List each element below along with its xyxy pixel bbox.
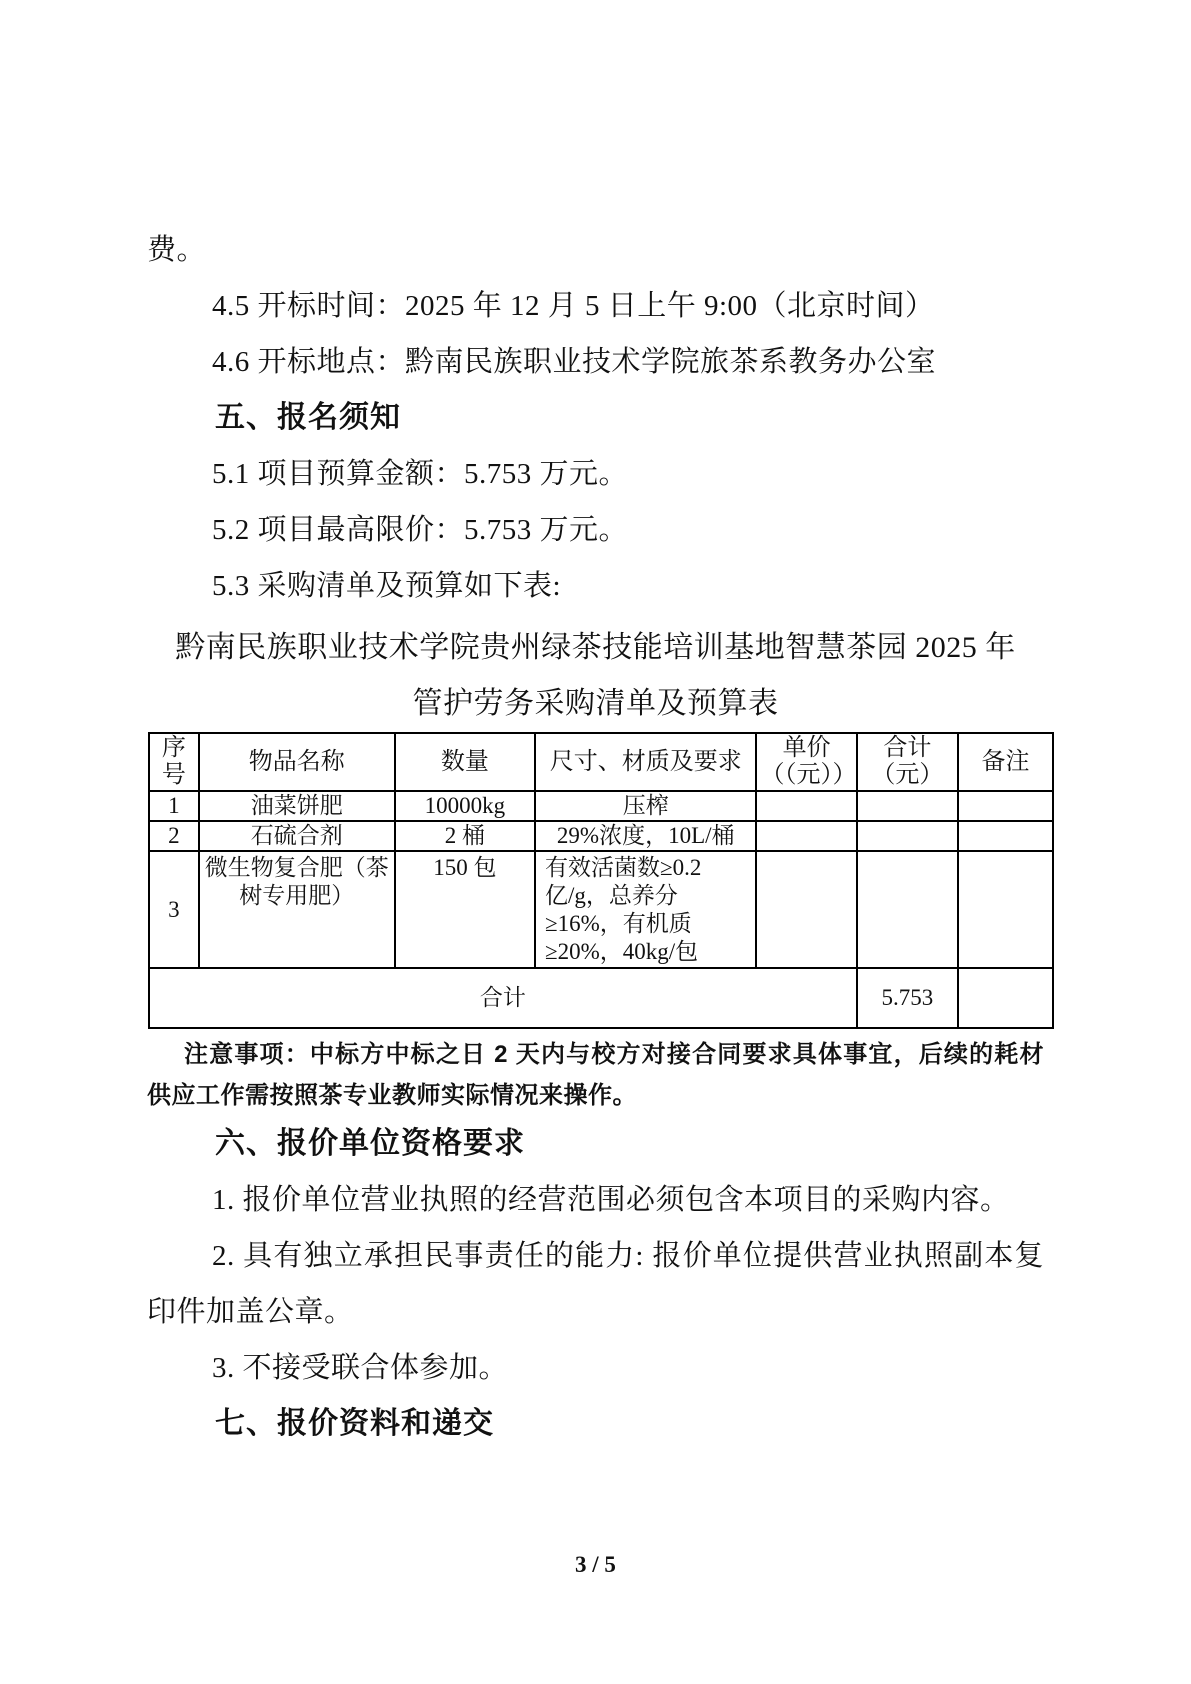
cell-remark bbox=[958, 821, 1053, 851]
table-row: 1 油菜饼肥 10000kg 压榨 bbox=[149, 791, 1053, 821]
cell-remark bbox=[958, 791, 1053, 821]
paragraph-5-2: 5.2 项目最高限价：5.753 万元。 bbox=[147, 502, 1044, 558]
cell-no: 1 bbox=[149, 791, 199, 821]
cell-unit-price bbox=[756, 791, 856, 821]
header-cell-spec: 尺寸、材质及要求 bbox=[535, 733, 756, 791]
document-content: 费。 4.5 开标时间：2025 年 12 月 5 日上午 9:00（北京时间）… bbox=[0, 0, 1191, 1452]
cell-qty: 2 桶 bbox=[395, 821, 535, 851]
cell-qty: 150 包 bbox=[395, 851, 535, 968]
cell-unit-price bbox=[756, 851, 856, 968]
cell-total bbox=[857, 791, 958, 821]
paragraph-6-2: 2. 具有独立承担民事责任的能力: 报价单位提供营业执照副本复印件加盖公章。 bbox=[147, 1228, 1044, 1340]
cell-spec: 压榨 bbox=[535, 791, 756, 821]
section-heading-6: 六、报价单位资格要求 bbox=[147, 1116, 1044, 1172]
cell-spec: 29%浓度，10L/桶 bbox=[535, 821, 756, 851]
notice-paragraph: 注意事项：中标方中标之日 2 天内与校方对接合同要求具体事宜，后续的耗材供应工作… bbox=[147, 1034, 1044, 1116]
table-header-row: 序号 物品名称 数量 尺寸、材质及要求 单价（（元）） 合计（元） 备注 bbox=[149, 733, 1053, 791]
cell-remark bbox=[958, 851, 1053, 968]
header-cell-unit-price: 单价（（元）） bbox=[756, 733, 856, 791]
paragraph-continuation: 费。 bbox=[147, 222, 1044, 278]
header-cell-total: 合计（元） bbox=[857, 733, 958, 791]
cell-total-remark bbox=[958, 968, 1053, 1028]
cell-no: 3 bbox=[149, 851, 199, 968]
section-heading-5: 五、报名须知 bbox=[147, 390, 1044, 446]
paragraph-4-5: 4.5 开标时间：2025 年 12 月 5 日上午 9:00（北京时间） bbox=[147, 278, 1044, 334]
document-page: 费。 4.5 开标时间：2025 年 12 月 5 日上午 9:00（北京时间）… bbox=[0, 0, 1191, 1684]
paragraph-5-1: 5.1 项目预算金额：5.753 万元。 bbox=[147, 446, 1044, 502]
cell-total bbox=[857, 851, 958, 968]
cell-name: 石硫合剂 bbox=[199, 821, 395, 851]
cell-qty: 10000kg bbox=[395, 791, 535, 821]
header-cell-remark: 备注 bbox=[958, 733, 1053, 791]
cell-name: 油菜饼肥 bbox=[199, 791, 395, 821]
table-row: 3 微生物复合肥（茶树专用肥） 150 包 有效活菌数≥0.2 亿/g，总养分≥… bbox=[149, 851, 1053, 968]
cell-unit-price bbox=[756, 821, 856, 851]
table-row: 2 石硫合剂 2 桶 29%浓度，10L/桶 bbox=[149, 821, 1053, 851]
paragraph-5-3: 5.3 采购清单及预算如下表: bbox=[147, 558, 1044, 614]
cell-total-value: 5.753 bbox=[857, 968, 958, 1028]
cell-spec: 有效活菌数≥0.2 亿/g，总养分≥16%，有机质≥20%，40kg/包 bbox=[535, 851, 756, 968]
procurement-table: 序号 物品名称 数量 尺寸、材质及要求 单价（（元）） 合计（元） 备注 1 油… bbox=[148, 732, 1054, 1029]
paragraph-6-1: 1. 报价单位营业执照的经营范围必须包含本项目的采购内容。 bbox=[147, 1172, 1044, 1228]
section-heading-7: 七、报价资料和递交 bbox=[147, 1396, 1044, 1452]
table-title-line2: 管护劳务采购清单及预算表 bbox=[147, 676, 1044, 732]
header-cell-no: 序号 bbox=[149, 733, 199, 791]
page-number: 3 / 5 bbox=[0, 1552, 1191, 1578]
cell-total bbox=[857, 821, 958, 851]
cell-total-label: 合计 bbox=[149, 968, 857, 1028]
paragraph-4-6: 4.6 开标地点：黔南民族职业技术学院旅茶系教务办公室 bbox=[147, 334, 1044, 390]
table-total-row: 合计 5.753 bbox=[149, 968, 1053, 1028]
header-cell-name: 物品名称 bbox=[199, 733, 395, 791]
table-title-line1: 黔南民族职业技术学院贵州绿茶技能培训基地智慧茶园 2025 年 bbox=[147, 620, 1044, 676]
paragraph-6-3: 3. 不接受联合体参加。 bbox=[147, 1340, 1044, 1396]
cell-no: 2 bbox=[149, 821, 199, 851]
cell-name: 微生物复合肥（茶树专用肥） bbox=[199, 851, 395, 968]
header-cell-qty: 数量 bbox=[395, 733, 535, 791]
